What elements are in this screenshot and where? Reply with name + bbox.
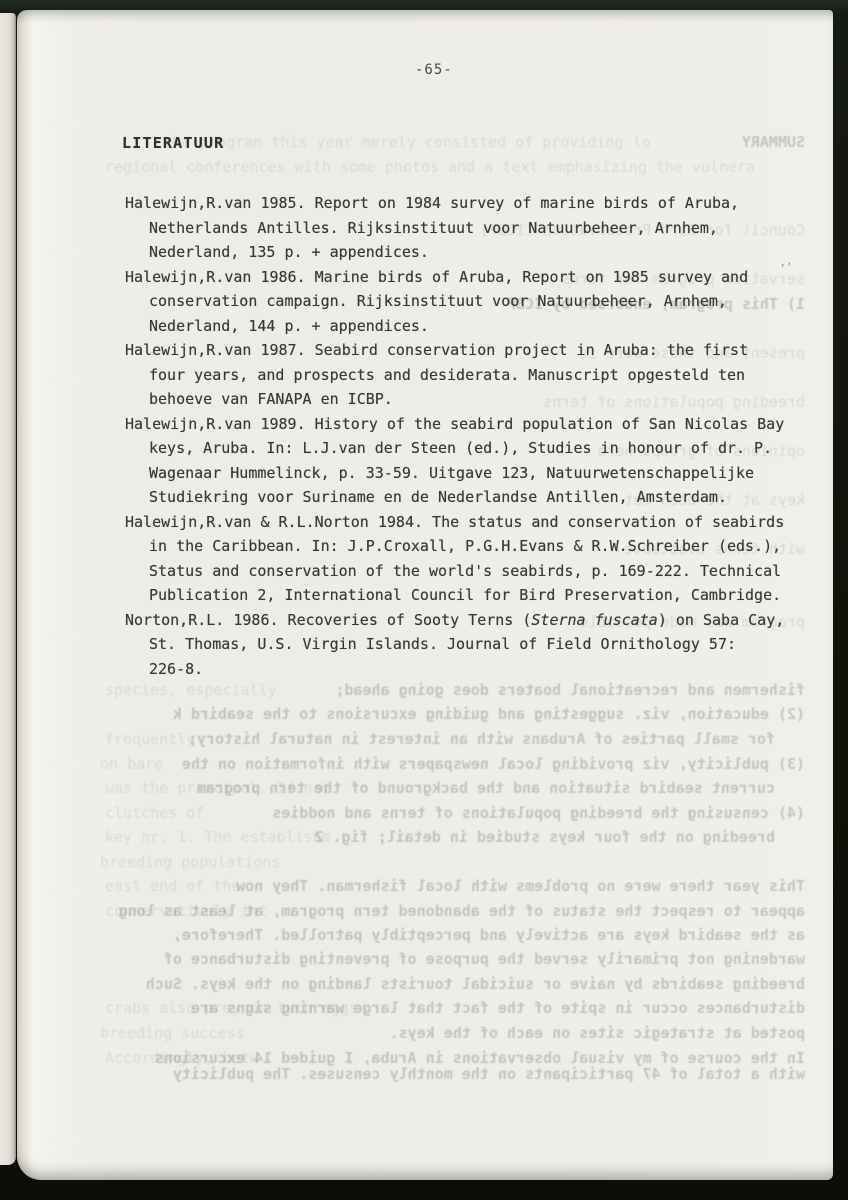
bleedthrough-line: was the principal. If not (105, 776, 331, 801)
reference-line: Halewijn,R.van 1986. Marine birds of Aru… (125, 265, 825, 290)
bleedthrough-line: as the seabird keys are actively and per… (173, 923, 805, 948)
bleedthrough-line: clutches of (105, 801, 204, 826)
bleedthrough-line: breeding on the four keys studied in det… (314, 825, 775, 850)
reference-text: Halewijn,R.van & R.L.Norton 1984. The st… (125, 513, 784, 531)
section-heading: LITERATUUR (122, 134, 224, 152)
reference-line: in the Caribbean. In: J.P.Croxall, P.G.H… (125, 534, 825, 559)
reference-text: four years, and prospects and desiderata… (149, 366, 745, 384)
reference-text: Wagenaar Hummelinck, p. 33-59. Uitgave 1… (149, 464, 754, 482)
bleedthrough-line: This year there were no problems with lo… (236, 874, 805, 899)
reference-text: Publication 2, International Council for… (149, 586, 781, 604)
page-number: -65- (415, 62, 453, 78)
reference-text: Studiekring voor Suriname en de Nederlan… (149, 488, 727, 506)
bleedthrough-line: (4) censusing the breeding populations o… (272, 801, 805, 826)
bleedthrough-line: frequently (105, 727, 195, 752)
reference-line: Wagenaar Hummelinck, p. 33-59. Uitgave 1… (125, 461, 825, 486)
bleedthrough-line: the program this year merely consisted o… (163, 130, 651, 155)
reference-line: conservation campaign. Rijksinstituut vo… (125, 289, 825, 314)
bleedthrough-line: current seabird situation and the backgr… (197, 776, 775, 801)
species-name-italic: Sterna fuscata (531, 611, 657, 629)
bleedthrough-line: on bare (100, 752, 163, 777)
reference-line: Publication 2, International Council for… (125, 583, 825, 608)
reference-text: behoeve van FANAPA en ICBP. (149, 390, 393, 408)
bleedthrough-line: In the course of my visual observations … (155, 1046, 805, 1071)
reference-line: keys, Aruba. In: L.J.van der Steen (ed.)… (125, 436, 825, 461)
bleedthrough-line: breeding success (100, 1021, 245, 1046)
bleedthrough-line: breeding populations (100, 850, 281, 875)
reference-line: four years, and prospects and desiderata… (125, 363, 825, 388)
bleedthrough-line: for small parties of Arubans with an int… (188, 727, 775, 752)
scanned-document-page: SUMMARYCouncil for Bird Preservation (IC… (0, 0, 848, 1200)
bleedthrough-line: breeding seabirds by naive or suicidal t… (146, 972, 805, 997)
reference-text: Nederland, 135 p. + appendices. (149, 243, 429, 261)
reference-text: 226-8. (149, 660, 203, 678)
bleedthrough-line: disturbances occur in spite of the fact … (191, 996, 805, 1021)
bleedthrough-line: SUMMARY (742, 130, 805, 155)
bleedthrough-line: Accordingly, betw (105, 1046, 259, 1071)
reference-line: Nederland, 144 p. + appendices. (125, 314, 825, 339)
reference-text: St. Thomas, U.S. Virgin Islands. Journal… (149, 635, 736, 653)
bleedthrough-line: conservatively int (105, 899, 268, 924)
reference-text: ) on Saba Cay, (658, 611, 784, 629)
bleedthrough-line: (2) education, viz. suggesting and guidi… (173, 702, 805, 727)
reference-text: Halewijn,R.van 1985. Report on 1984 surv… (125, 194, 739, 212)
reference-line: Status and conservation of the world's s… (125, 559, 825, 584)
reference-line: Halewijn,R.van & R.L.Norton 1984. The st… (125, 510, 825, 535)
book-page: SUMMARYCouncil for Bird Preservation (IC… (17, 10, 833, 1180)
reference-text: Status and conservation of the world's s… (149, 562, 781, 580)
reference-text: Netherlands Antilles. Rijksinstituut voo… (149, 219, 718, 237)
reference-text: Halewijn,R.van 1989. History of the seab… (125, 415, 784, 433)
reference-list: Halewijn,R.van 1985. Report on 1984 surv… (125, 191, 825, 681)
bleedthrough-line: appear to respect the status of the aban… (119, 899, 805, 924)
bleedthrough-line: posted at strategic sites on each of the… (390, 1021, 805, 1046)
reference-line: St. Thomas, U.S. Virgin Islands. Journal… (125, 632, 825, 657)
reference-text: in the Caribbean. In: J.P.Croxall, P.G.H… (149, 537, 781, 555)
bleedthrough-line: regional conferences with some photos an… (105, 155, 755, 180)
reference-text: Nederland, 144 p. + appendices. (149, 317, 429, 335)
bleedthrough-line: key nr. 1. The establishm (105, 825, 331, 850)
reference-text: Halewijn,R.van 1987. Seabird conservatio… (125, 341, 748, 359)
bleedthrough-line: species, especially (105, 678, 277, 703)
reference-text: keys, Aruba. In: L.J.van der Steen (ed.)… (149, 439, 772, 457)
reference-text: conservation campaign. Rijksinstituut vo… (149, 292, 727, 310)
reference-line: Halewijn,R.van 1985. Report on 1984 surv… (125, 191, 825, 216)
underlying-page-edge (0, 13, 16, 1165)
bleedthrough-line: (3) publicity, viz providing local newsp… (182, 752, 805, 777)
reference-line: Netherlands Antilles. Rijksinstituut voo… (125, 216, 825, 241)
bleedthrough-line: with a total of 47 participants on the m… (173, 1062, 805, 1087)
reference-line: 226-8. (125, 657, 825, 682)
ink-speck: ,, (778, 257, 791, 267)
bleedthrough-line: east end of the (105, 874, 240, 899)
reference-line: Halewijn,R.van 1987. Seabird conservatio… (125, 338, 825, 363)
reference-text: Norton,R.L. 1986. Recoveries of Sooty Te… (125, 611, 531, 629)
reference-line: behoeve van FANAPA en ICBP. (125, 387, 825, 412)
reference-text: Halewijn,R.van 1986. Marine birds of Aru… (125, 268, 748, 286)
bleedthrough-line: wardening not primarily served the purpo… (164, 947, 805, 972)
bleedthrough-line: crabs also prey on tern eggs (105, 996, 358, 1021)
reference-line: Studiekring voor Suriname en de Nederlan… (125, 485, 825, 510)
reference-line: Nederland, 135 p. + appendices. (125, 240, 825, 265)
reference-line: Norton,R.L. 1986. Recoveries of Sooty Te… (125, 608, 825, 633)
bleedthrough-line: fishermen and recreational boaters does … (335, 678, 805, 703)
reference-line: Halewijn,R.van 1989. History of the seab… (125, 412, 825, 437)
